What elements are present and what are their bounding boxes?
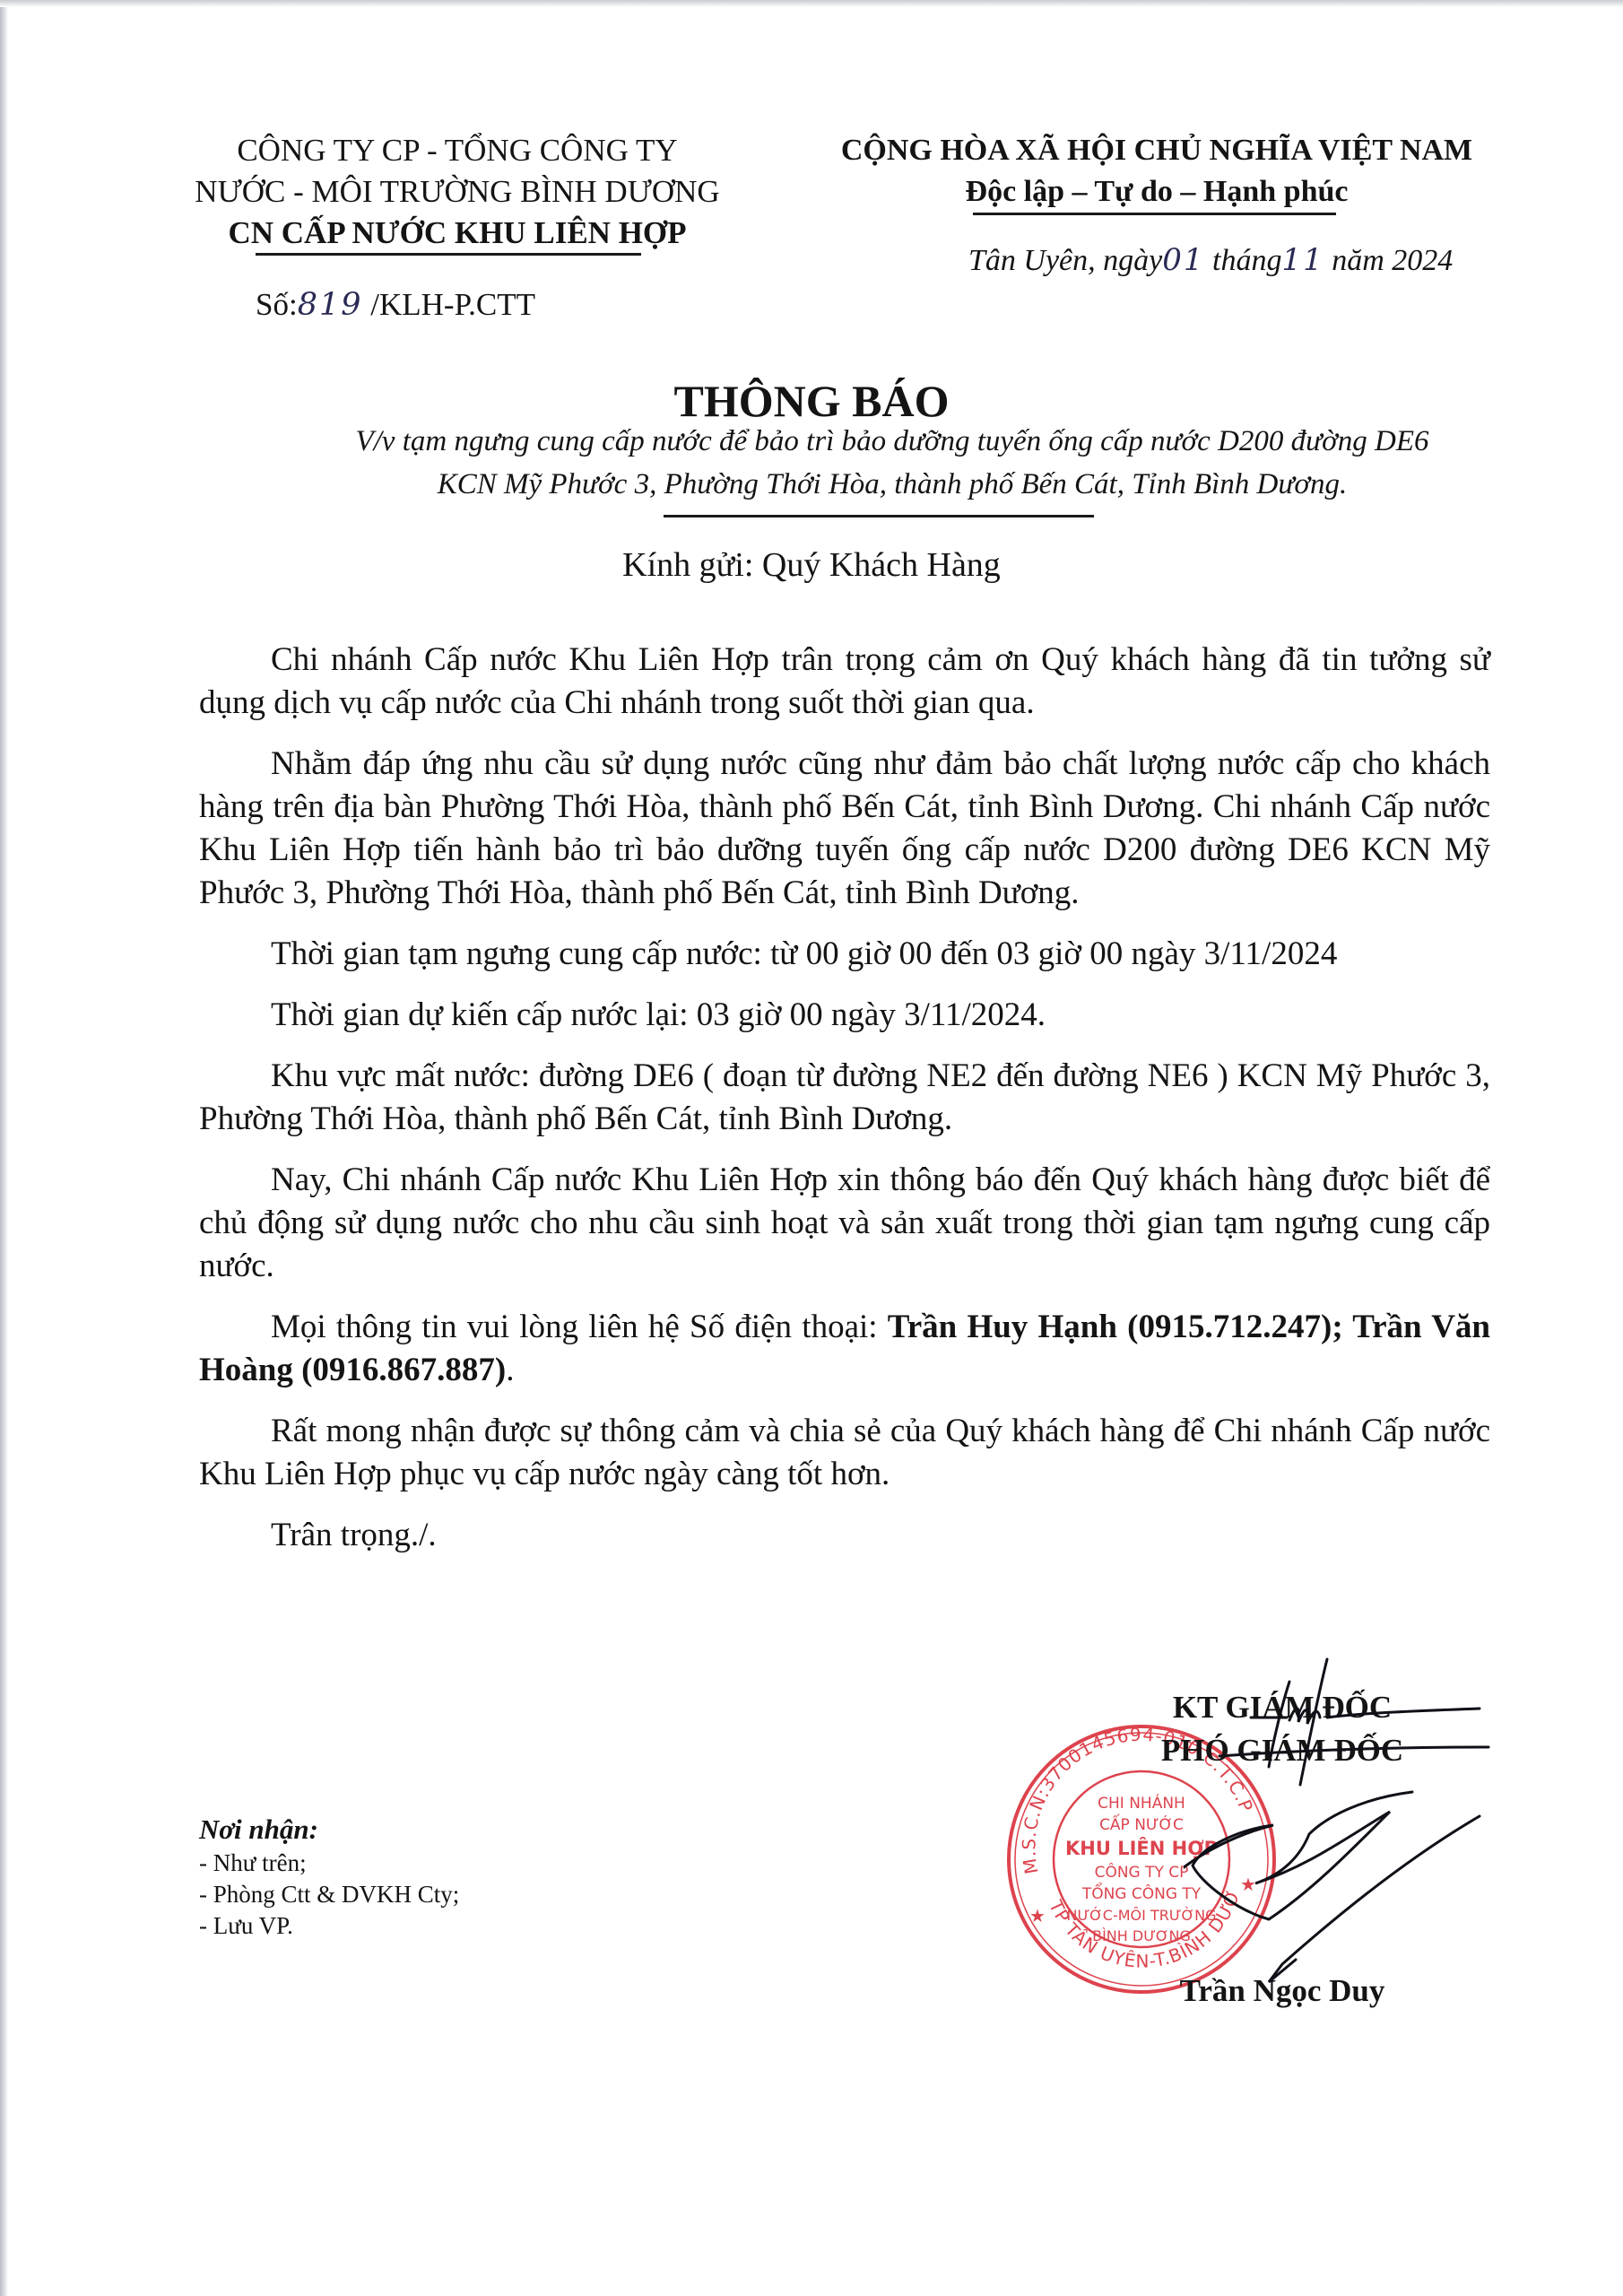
paragraph-thanks: Chi nhánh Cấp nước Khu Liên Hợp trân trọ… <box>199 639 1490 725</box>
scan-edge-top <box>0 0 1623 7</box>
title-rule <box>664 515 1094 517</box>
document-body: Chi nhánh Cấp nước Khu Liên Hợp trân trọ… <box>199 639 1490 1575</box>
issue-date: Tân Uyên, ngày01 tháng11 năm 2024 <box>968 242 1453 278</box>
national-title: CỘNG HÒA XÃ HỘI CHỦ NGHĨA VIỆT NAM <box>798 130 1515 171</box>
paragraph-outage-time: Thời gian tạm ngưng cung cấp nước: từ 00… <box>199 933 1490 976</box>
paragraph-affected-area: Khu vực mất nước: đường DE6 ( đoạn từ đư… <box>199 1055 1490 1141</box>
paragraph-contact: Mọi thông tin vui lòng liên hệ Số điện t… <box>199 1306 1490 1392</box>
recipient-line: Kính gửi: Quý Khách Hàng <box>0 545 1623 585</box>
date-suffix: năm 2024 <box>1324 244 1454 277</box>
issuer-line-3: CN CẤP NƯỚC KHU LIÊN HỢP <box>170 213 744 254</box>
paragraph-restore-time: Thời gian dự kiến cấp nước lại: 03 giờ 0… <box>199 994 1490 1037</box>
document-number-handwritten: 819 <box>298 287 363 323</box>
contact-prefix: Mọi thông tin vui lòng liên hệ Số điện t… <box>271 1309 888 1345</box>
date-mid: tháng <box>1205 244 1282 277</box>
issuer-line-2: NƯỚC - MÔI TRƯỜNG BÌNH DƯƠNG <box>170 171 744 213</box>
issuer-block: CÔNG TY CP - TỔNG CÔNG TY NƯỚC - MÔI TRƯ… <box>170 130 744 254</box>
seal-inner-line-2: CẤP NƯỚC <box>1099 1813 1184 1834</box>
document-number: Số:819 /KLH-P.CTT <box>256 287 535 323</box>
seal-inner-line-4: CÔNG TY CP <box>1095 1862 1189 1882</box>
paragraph-purpose: Nhằm đáp ứng nhu cầu sử dụng nước cũng n… <box>199 743 1490 915</box>
motto-underline <box>973 213 1336 215</box>
distribution-label: Nơi nhận: <box>199 1812 459 1848</box>
contact-suffix: . <box>506 1352 514 1388</box>
document-number-suffix: /KLH-P.CTT <box>363 287 536 322</box>
document-number-prefix: Số: <box>256 287 298 322</box>
paragraph-notice: Nay, Chi nhánh Cấp nước Khu Liên Hợp xin… <box>199 1159 1490 1288</box>
paragraph-appreciation: Rất mong nhận được sự thông cảm và chia … <box>199 1410 1490 1496</box>
issuer-line-1: CÔNG TY CP - TỔNG CÔNG TY <box>170 130 744 171</box>
handwritten-signature-icon <box>1184 1641 1560 2018</box>
national-motto: Độc lập – Tự do – Hạnh phúc <box>798 171 1515 213</box>
subject-line-2: KCN Mỹ Phước 3, Phường Thới Hòa, thành p… <box>296 463 1488 506</box>
issuer-underline <box>256 253 641 256</box>
closing-salutation: Trân trọng./. <box>199 1514 1490 1557</box>
seal-inner-line-1: CHI NHÁNH <box>1098 1793 1185 1813</box>
distribution-item: - Lưu VP. <box>199 1910 459 1942</box>
distribution-list: Nơi nhận: - Như trên; - Phòng Ctt & DVKH… <box>199 1812 459 1942</box>
svg-text:★: ★ <box>1029 1907 1046 1926</box>
seal-inner-line-7: BÌNH DƯƠNG <box>1092 1927 1191 1944</box>
date-day-handwritten: 01 <box>1162 242 1204 278</box>
national-motto-block: CỘNG HÒA XÃ HỘI CHỦ NGHĨA VIỆT NAM Độc l… <box>798 130 1515 213</box>
scan-edge-left <box>0 0 8 2296</box>
distribution-item: - Phòng Ctt & DVKH Cty; <box>199 1879 459 1910</box>
distribution-item: - Như trên; <box>199 1848 459 1879</box>
document-subject: V/v tạm ngưng cung cấp nước để bảo trì b… <box>296 420 1488 506</box>
date-month-handwritten: 11 <box>1281 242 1324 278</box>
subject-line-1: V/v tạm ngưng cung cấp nước để bảo trì b… <box>296 420 1488 463</box>
date-prefix: Tân Uyên, ngày <box>968 244 1162 277</box>
